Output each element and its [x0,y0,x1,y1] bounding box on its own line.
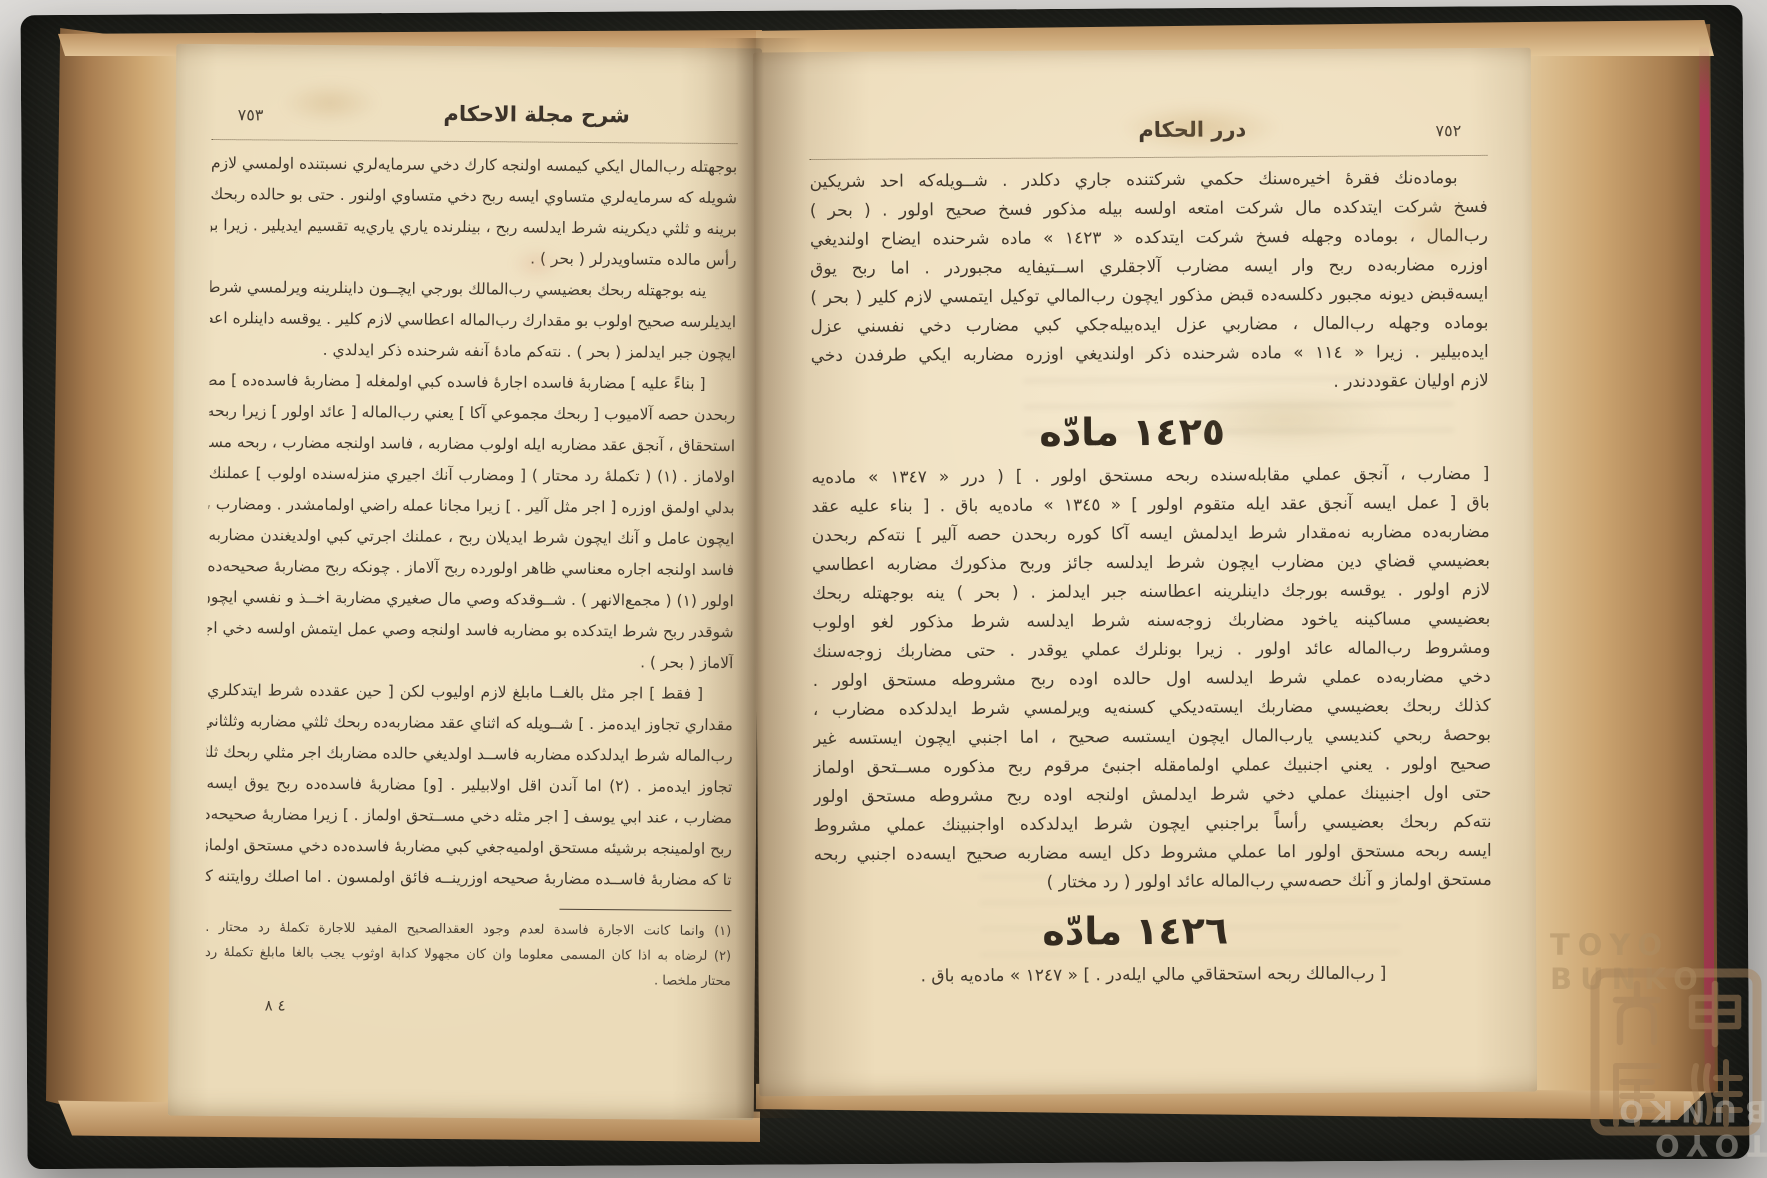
footnotes: (١) وانما كانت الاجارة فاسدة لعدم وجود ا… [205,915,732,994]
left-page-content: ٧٥٣ شرح مجلة الاحكام بوجهتله رب‌المال اي… [167,44,762,1177]
text-line: بوجهتله رب‌المال ايكي كيمسه اولنجه كارك … [211,148,737,183]
text-line: بدلي اولمق اوزره [ اجر مثل آلير . ] زيرا… [208,489,734,524]
text-line: بعضيسي مساكينه ياخود مضاربك زوجه‌سنه شرط… [812,605,1490,638]
paragraph: [ مضارب ، آنجق عملي مقابله‌سنده ربحه مست… [811,460,1492,899]
photo-background: ٧٥٣ شرح مجلة الاحكام بوجهتله رب‌المال اي… [0,0,1767,1178]
text-line: رب‌الماله شرط ايدلدكده مضاربه فاســد اول… [207,737,733,772]
text-line: مضاربه‌ده مضاربه نه‌مقدار شرط ايدلمش ايس… [812,518,1490,551]
text-line: صحيح اولور . يعني اجنبيك عملي اولمامقله … [813,750,1491,783]
right-page-content: ٧٥٢ درر الحكام بوماده‌نك فقرهٔ اخيره‌سنك… [753,48,1538,1165]
header-rule [809,155,1487,160]
left-page-number: ٧٥٣ [238,105,264,124]
right-page-title: درر الحكام [853,116,1531,144]
text-line: لازم اولور . يوقسه بورجك داينلرينه اعطاس… [812,576,1490,609]
left-page: ٧٥٣ شرح مجلة الاحكام بوجهتله رب‌المال اي… [168,44,762,1121]
paragraph: [ بناءً عليه ] مضاربهٔ فاسده اجارهٔ فاسد… [207,365,735,679]
text-line: رب‌المال ، بوماده وجهله فسخ شركت ايتدكده… [810,222,1488,255]
text-line: تجاوز ايده‌مز . (٢) اما آندن اقل اولابيل… [206,768,732,803]
text-line: لازم اوليان عقوددندر . [811,367,1489,400]
left-page-header: ٧٥٣ شرح مجلة الاحكام [211,100,737,140]
text-line: شويله كه سرمايه‌لري متساوي ايسه ربح دخي … [211,179,737,214]
right-page-header: ٧٥٢ درر الحكام [809,116,1487,156]
text-line: بوحصهٔ ربحي كنديسي يارب‌المال ايچون ايست… [813,721,1491,754]
text-line: فسخ شركت ايتدكده مال شركت امتعه اولسه بي… [810,193,1488,226]
text-line: ايسه‌قبض ديونه مجبور دكلسه‌ده قبض مذكور … [810,280,1488,313]
text-line: [ رب‌المالك ربحه استحقاقي مالي ايله‌در .… [814,959,1492,992]
text-line: ايچون عامل و آنك ايچون شرط ايديلان ربح ،… [208,520,734,555]
text-line: بوماده وجهله رب‌المال ، مضاربي عزل ايده‌… [810,309,1488,342]
text-line: نته‌كم ربحك بعضيسي رأساً براجنبي ايچون ش… [813,808,1491,841]
text-line: حتى اول اجنبينك عملي دخي شرط ايدلمش اولن… [813,779,1491,812]
article-number-heading: ١٤٢٥ مادّه [793,408,1471,456]
right-page-body: بوماده‌نك فقرهٔ اخيره‌سنك حكمي شركتنده ج… [810,164,1493,992]
text-line: [ فقط ] اجر مثل بالغــا مابلغ لازم اوليو… [207,675,733,710]
text-line: ينه بوجهتله ربحك بعضيسي رب‌المالك بورجي … [210,272,736,307]
text-line: ومشروط رب‌الماله عائد اولور . زيرا بونلر… [812,634,1490,667]
text-line: آلاماز ( بحر ) . [207,644,733,679]
article-number-heading: ١٤٢٦ مادّه [796,907,1474,955]
text-line: [ بناءً عليه ] مضاربهٔ فاسده اجارهٔ فاسد… [209,365,735,400]
text-line: فاسد اولنجه اجاره معناسي ظاهر اولورده رب… [208,551,734,586]
text-line: ايديلرسه صحيح اولوب بو مقدارك رب‌الماله … [210,303,736,338]
text-line: ايده‌بيلير . زيرا « ١١٤ » ماده شرحنده ذك… [811,338,1489,371]
fore-edge-left [46,28,188,1134]
footnote-line: محتار ملخصا . [205,965,731,994]
text-line: استحقاق ، آنجق عقد مضاربه ايله اولوب مضا… [209,427,735,462]
right-page: ٧٥٢ درر الحكام بوماده‌نك فقرهٔ اخيره‌سنك… [753,48,1537,1097]
paragraph: بوماده‌نك فقرهٔ اخيره‌سنك حكمي شركتنده ج… [810,164,1489,400]
text-line: اولور (١) ( مجمع‌الانهر ) . شــوقدكه وصي… [208,582,734,617]
paragraph: [ فقط ] اجر مثل بالغــا مابلغ لازم اوليو… [206,675,734,896]
paragraph: ينه بوجهتله ربحك بعضيسي رب‌المالك بورجي … [210,272,737,369]
paragraph: بوجهتله رب‌المال ايكي كيمسه اولنجه كارك … [210,148,737,276]
text-line: شوقدر ربح شرط ايتدكده بو مضاربه فاسد اول… [208,613,734,648]
text-line: بعضيسي قضاي دين مضارب ايچون شرط ايدلسه ج… [812,547,1490,580]
text-line: ربح اولمينجه برشيئه مستحق اولميه‌جغي كبي… [206,830,732,865]
text-line: رأس مالده متساويدرلر ( بحر ) . [210,241,736,276]
text-line: دخي مضاربه‌ده عملي شرط ايدلسه اول حالده … [813,663,1491,696]
text-line: مقداري تجاوز ايده‌مز . ] شــويله كه اثنا… [207,706,733,741]
text-line: تا كه مضاربهٔ فاســده مضاربهٔ صحيحه اوزر… [206,861,732,896]
book-gutter [704,38,808,1118]
text-line: مستحق اولماز و آنك حصه‌سي رب‌الماله عائد… [814,866,1492,899]
fore-edge-right [1522,24,1718,1114]
text-line: [ مضارب ، آنجق عملي مقابله‌سنده ربحه مست… [811,460,1489,493]
text-line: ايسه ربحه مستحق اولور اما عملي مشروط دكل… [814,837,1492,870]
left-page-body: بوجهتله رب‌المال ايكي كيمسه اولنجه كارك … [206,148,738,896]
text-line: برينه و ثلثي ديكرينه شرط ايدلسه ربح ، بي… [211,210,737,245]
text-line: بوماده‌نك فقرهٔ اخيره‌سنك حكمي شركتنده ج… [810,164,1488,197]
gathering-signature: ٤ ٨ [265,996,286,1014]
paragraph: [ رب‌المالك ربحه استحقاقي مالي ايله‌در .… [814,959,1492,992]
text-line: اوزره مضاربه‌ده ربح وار ايسه مضارب آلاجق… [810,251,1488,284]
text-line: ربحدن حصه آلاميوب [ ربحك مجموعي آكا ] يع… [209,396,735,431]
text-line: باق [ عمل ايسه آنجق عقد ايله متقوم اولور… [812,489,1490,522]
text-line: ايچون جبر ايدلمز ( بحر ) . نته‌كم مادهٔ … [210,334,736,369]
footnote-line: (٢) لرضاه به اذا كان المسمى معلوما وان ك… [205,940,731,969]
text-line: مضارب ، عند ابي يوسف [ اجر مثله دخي مســ… [206,799,732,834]
text-line: كذلك ربحك بعضيسي مضاربك ايسته‌ديكي كسنه‌… [813,692,1491,725]
text-line: اولاماز . (١) ( تكملهٔ رد محتار ) [ ومضا… [209,458,735,493]
header-rule [211,139,737,144]
